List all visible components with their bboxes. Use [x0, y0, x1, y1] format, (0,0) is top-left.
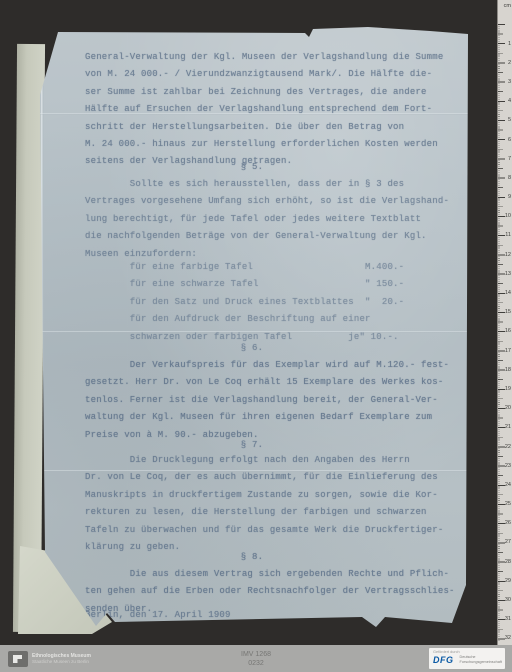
ruler-number: 22 [498, 437, 512, 456]
ruler-numbers: 1234567891011121314151617181920212223242… [498, 34, 512, 648]
ruler-number: 4 [498, 92, 512, 111]
typewritten-line: Sollte es sich herausstellen, dass der i… [85, 176, 459, 193]
typewritten-line: Hälfte auf Ersuchen der Verlagshandlung … [85, 101, 459, 118]
museum-name: Ethnologisches Museum Staatliche Museen … [32, 653, 91, 665]
museum-attribution: Ethnologisches Museum Staatliche Museen … [8, 651, 91, 667]
dfg-org-name: Deutsche Forschungsgemeinschaft [460, 655, 502, 664]
footer-bar: Ethnologisches Museum Staatliche Museen … [0, 645, 512, 672]
shelfmark-signature: IMV 1268 [241, 650, 271, 659]
ruler-number: 30 [498, 590, 512, 609]
dfg-logo: DFG [433, 655, 454, 665]
tariff-line: für eine farbige Tafel M.400.- [85, 259, 459, 276]
cm-ruler: cm 1234567891011121314151617181920212223… [497, 0, 512, 646]
ruler-number: 6 [498, 130, 512, 149]
smb-museum-logo-icon [8, 651, 28, 667]
tariff-list: für eine farbige Tafel M.400.- für eine … [85, 259, 459, 346]
ruler-number: 12 [498, 245, 512, 264]
ruler-number: 18 [498, 360, 512, 379]
ruler-number: 31 [498, 610, 512, 629]
ruler-number: 11 [498, 226, 512, 245]
ruler-number: 9 [498, 188, 512, 207]
typewritten-line: Die aus diesem Vertrag sich ergebenden R… [85, 566, 459, 583]
museum-name-line2: Staatliche Museen zu Berlin [32, 659, 91, 665]
ruler-number: 28 [498, 552, 512, 571]
ruler-number: 5 [498, 111, 512, 130]
section-heading-5: § 5. [85, 159, 419, 176]
shelfmark-page-number: 0232 [241, 659, 271, 668]
typewritten-line: ten gehen auf die Erben oder Rechtsnachf… [85, 583, 459, 600]
typewritten-line: Tafeln zu überwachen und für das gesamte… [85, 522, 459, 539]
paragraph-s5: Sollte es sich herausstellen, dass der i… [85, 176, 459, 263]
dfg-org-line2: Forschungsgemeinschaft [460, 660, 502, 665]
ruler-number: 27 [498, 533, 512, 552]
ruler-number: 1 [498, 34, 512, 53]
ruler-number: 20 [498, 399, 512, 418]
shelfmark: IMV 1268 0232 [241, 650, 271, 668]
tariff-line: für eine schwarze Tafel " 150.- [85, 276, 459, 293]
typewritten-line: Vertrages vorgesehene Umfang sich erhöht… [85, 193, 459, 210]
section-heading-6: § 6. [85, 340, 419, 357]
typewritten-line: M. 24 000.- hinaus zur Herstellung erfor… [85, 136, 459, 153]
ruler-number: 24 [498, 475, 512, 494]
ruler-number: 17 [498, 341, 512, 360]
tariff-line: für den Aufdruck der Beschriftung auf ei… [85, 311, 459, 328]
typewritten-line: Die Drucklegung erfolgt nach den Angaben… [85, 452, 459, 469]
ruler-number: 26 [498, 514, 512, 533]
typewritten-line: tenlos. Ferner ist die Verlagshandlung b… [85, 392, 459, 409]
typewritten-line: General-Verwaltung der Kgl. Museen der V… [85, 49, 459, 66]
paragraph-s4-continuation: General-Verwaltung der Kgl. Museen der V… [85, 49, 459, 171]
typewritten-line: lung berechtigt, für jede Tafel oder jed… [85, 211, 459, 228]
typewritten-line: Der Verkaufspreis für das Exemplar wird … [85, 357, 459, 374]
typewritten-line: schritt der Herstellungsarbeiten. Die üb… [85, 119, 459, 136]
ruler-number: 2 [498, 53, 512, 72]
dfg-funding-badge: Gefördert durch DFG Deutsche Forschungsg… [429, 648, 505, 669]
ruler-number: 19 [498, 379, 512, 398]
ruler-number: 8 [498, 168, 512, 187]
scan-viewer-page: General-Verwaltung der Kgl. Museen der V… [0, 0, 512, 672]
ruler-number: 10 [498, 207, 512, 226]
ruler-number: 14 [498, 283, 512, 302]
ruler-number: 13 [498, 264, 512, 283]
underlying-page-edge [13, 44, 45, 632]
typewritten-line: rekturen zu lesen, die Herstellung der f… [85, 504, 459, 521]
ruler-number: 21 [498, 418, 512, 437]
typewritten-line: Dr. von Le Coq, der es auch übernimmt, f… [85, 469, 459, 486]
ruler-number: 3 [498, 72, 512, 91]
typewritten-line: ser Summe ist zahlbar bei Zeichnung des … [85, 84, 459, 101]
typewritten-line: Manuskripts in druckfertigem Zustande zu… [85, 487, 459, 504]
typewritten-line: von M. 24 000.- / Vierundzwanzigtausend … [85, 66, 459, 83]
ruler-number: 23 [498, 456, 512, 475]
typewritten-line: waltung der Kgl. Museen für ihren eigene… [85, 409, 459, 426]
ruler-number: 29 [498, 571, 512, 590]
ruler-unit-label: cm [504, 3, 511, 9]
ruler-number: 15 [498, 303, 512, 322]
ruler-number: 7 [498, 149, 512, 168]
paragraph-s7: Die Drucklegung erfolgt nach den Angaben… [85, 452, 459, 556]
typewritten-line: die nachfolgenden Beträge von der Genera… [85, 228, 459, 245]
paragraph-s6: Der Verkaufspreis für das Exemplar wird … [85, 357, 459, 444]
section-heading-8: § 8. [85, 549, 419, 566]
dateline: Berlin, den 17. April 1909 [85, 607, 459, 624]
ruler-number: 25 [498, 495, 512, 514]
scanned-document-sheet: General-Verwaltung der Kgl. Museen der V… [30, 26, 472, 628]
tariff-line: für den Satz und Druck eines Textblattes… [85, 294, 459, 311]
typewritten-line: gesetzt. Herr Dr. von Le Coq erhält 15 E… [85, 374, 459, 391]
ruler-number: 16 [498, 322, 512, 341]
